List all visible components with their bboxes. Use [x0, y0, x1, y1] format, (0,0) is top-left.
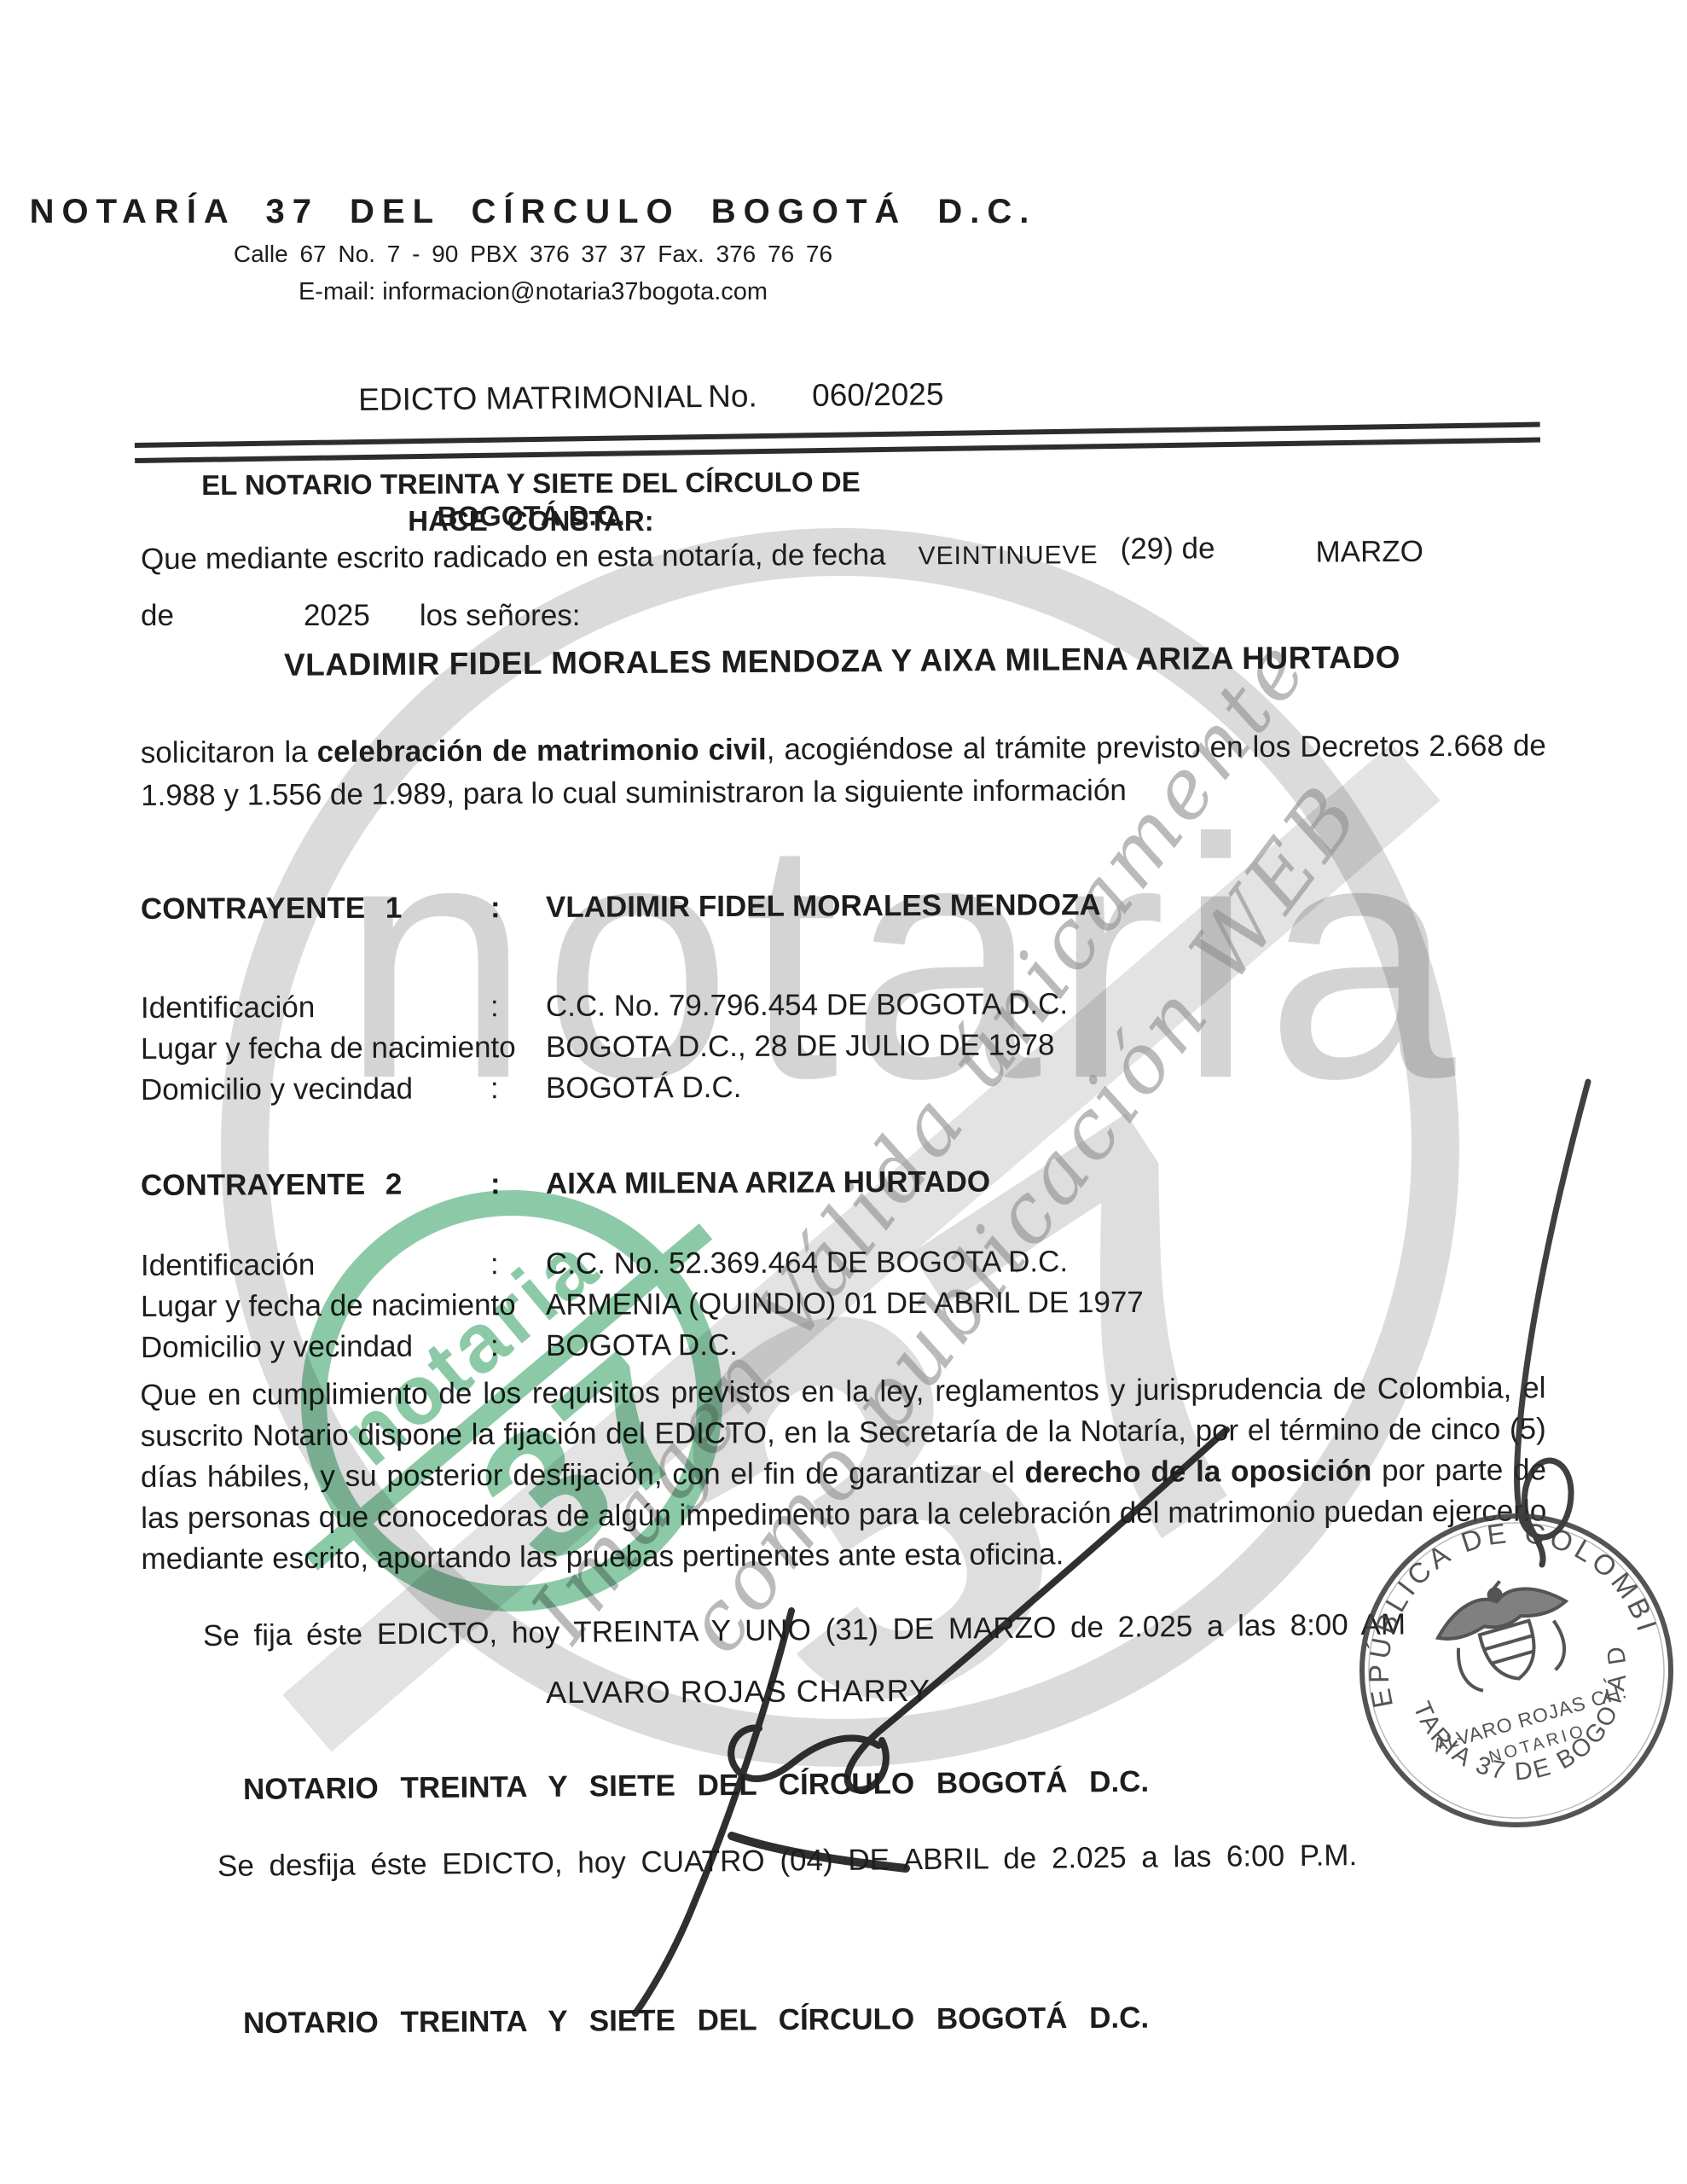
row-label: Lugar y fecha de nacimiento — [141, 1288, 516, 1324]
desfija-line: Se desfija éste EDICTO, hoy CUATRO (04) … — [217, 1838, 1358, 1884]
contrayente2-birth-row: Lugar y fecha de nacimiento : ARMENIA (Q… — [141, 1284, 1546, 1331]
row-value: BOGOTA D.C., 28 DE JULIO DE 1978 — [546, 1028, 1055, 1065]
hace-constar-line: HACE CONSTAR: — [141, 505, 921, 537]
contrayente1-domicile-row: Domicilio y vecindad : BOGOTÁ D.C. — [141, 1067, 1546, 1114]
edicto-number: 060/2025 — [812, 376, 944, 413]
notary-email: E-mail: informacion@notaria37bogota.com — [0, 278, 1066, 306]
row-label: Identificación — [141, 990, 315, 1025]
edicto-no-label: No. — [708, 378, 757, 415]
row-colon: : — [490, 1247, 499, 1281]
intro-date-paren: (29) de — [1120, 531, 1215, 566]
notary-address: Calle 67 No. 7 - 90 PBX 376 37 37 Fax. 3… — [0, 241, 1066, 268]
contrayente1-header: CONTRAYENTE 1 : VLADIMIR FIDEL MORALES M… — [141, 886, 1546, 933]
fija-line: Se fija éste EDICTO, hoy TREINTA Y UNO (… — [203, 1607, 1406, 1653]
row-label: Domicilio y vecindad — [141, 1072, 413, 1107]
intro-date-word: VEINTINUEVE — [919, 541, 1099, 570]
contrayente1-birth-row: Lugar y fecha de nacimiento : BOGOTA D.C… — [141, 1026, 1546, 1073]
row-colon: : — [490, 1031, 499, 1065]
row-label: Domicilio y vecindad — [141, 1330, 413, 1365]
contrayente2-header: CONTRAYENTE 2 : AIXA MILENA ARIZA HURTAD… — [141, 1163, 1546, 1210]
contrayente2-id-row: Identificación : C.C. No. 52.369.464 DE … — [141, 1243, 1546, 1290]
intro-de: de — [141, 599, 174, 632]
contrayente2-colon: : — [490, 1167, 501, 1201]
row-label: Identificación — [141, 1248, 315, 1283]
contrayente1-name: VLADIMIR FIDEL MORALES MENDOZA — [546, 888, 1101, 925]
row-value: ARMENIA (QUINDIO) 01 DE ABRIL DE 1977 — [546, 1286, 1144, 1322]
document-content: NOTARÍA 37 DEL CÍRCULO BOGOTÁ D.C. Calle… — [0, 0, 1687, 2184]
solicitud-bold: celebración de matrimonio civil — [317, 733, 767, 769]
edicto-title: EDICTO MATRIMONIAL — [358, 379, 703, 418]
intro-line-1: Que mediante escrito radicado en esta no… — [141, 534, 1574, 577]
solicitud-pre: solicitaron la — [141, 735, 317, 770]
notario-title-line-1: NOTARIO TREINTA Y SIETE DEL CÍRCULO BOGO… — [243, 1765, 1150, 1807]
notary-office-name: NOTARÍA 37 DEL CÍRCULO BOGOTÁ D.C. — [0, 193, 1066, 231]
solicitud-paragraph: solicitaron la celebración de matrimonio… — [141, 724, 1547, 817]
intro-line-2: de2025los señores: — [141, 599, 581, 633]
intro-month: MARZO — [1315, 535, 1423, 569]
notary-signer-name: ALVARO ROJAS CHARRY — [546, 1673, 930, 1711]
double-rule — [135, 422, 1540, 463]
contrayente2-label: CONTRAYENTE 2 — [141, 1168, 403, 1203]
row-label: Lugar y fecha de nacimiento — [141, 1031, 516, 1066]
row-colon: : — [490, 990, 499, 1024]
row-colon: : — [490, 1072, 499, 1106]
contrayente1-label: CONTRAYENTE 1 — [141, 892, 403, 926]
contrayente2-name: AIXA MILENA ARIZA HURTADO — [546, 1165, 990, 1201]
row-value: C.C. No. 52.369.464 DE BOGOTA D.C. — [546, 1245, 1068, 1281]
row-value: BOGOTA D.C. — [546, 1328, 738, 1363]
edicto-title-row: EDICTO MATRIMONIAL No. 060/2025 — [0, 369, 1687, 386]
notario-title-line-2: NOTARIO TREINTA Y SIETE DEL CÍRCULO BOGO… — [243, 2001, 1149, 2041]
contrayente1-colon: : — [490, 891, 501, 925]
scanned-document-page: notaria 37 Imagen Válida únicamente como… — [0, 0, 1687, 2184]
row-colon: : — [490, 1288, 499, 1322]
spouses-names: VLADIMIR FIDEL MORALES MENDOZA Y AIXA MI… — [141, 639, 1544, 684]
row-colon: : — [490, 1329, 499, 1363]
intro-lead: Que mediante escrito radicado en esta no… — [141, 538, 886, 576]
intro-senores: los señores: — [420, 599, 581, 632]
contrayente1-id-row: Identificación : C.C. No. 79.796.454 DE … — [141, 985, 1546, 1032]
cumplimiento-paragraph: Que en cumplimiento de los requisitos pr… — [140, 1368, 1546, 1580]
row-value: BOGOTÁ D.C. — [546, 1071, 742, 1106]
contrayente2-domicile-row: Domicilio y vecindad : BOGOTA D.C. — [141, 1325, 1546, 1372]
cumplimiento-bold: derecho de la oposición — [1024, 1454, 1371, 1489]
intro-year: 2025 — [304, 599, 370, 632]
row-value: C.C. No. 79.796.454 DE BOGOTA D.C. — [546, 987, 1068, 1024]
